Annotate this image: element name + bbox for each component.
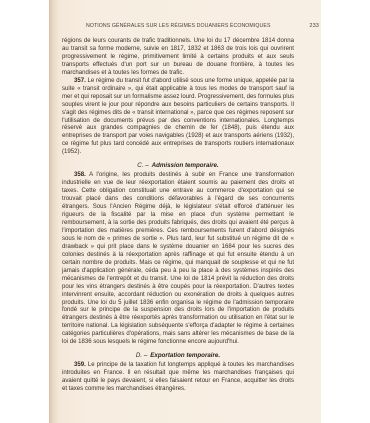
paragraph-357: 357. Le régime du transit fut d'abord ut… xyxy=(62,78,294,158)
page-number: 233 xyxy=(309,23,319,29)
paragraph-text: régions de leurs courants de trafic trad… xyxy=(62,38,294,76)
paragraph-number: 359. xyxy=(74,362,86,368)
paragraph-continuation: régions de leurs courants de trafic trad… xyxy=(62,38,294,78)
section-heading-c: C. –Admission temporaire. xyxy=(62,162,294,170)
running-title: NOTIONS GÉNÉRALES SUR LES RÉGIMES DOUANI… xyxy=(86,23,271,29)
section-title: Exportation temporaire. xyxy=(150,352,220,359)
paragraph-number: 357. xyxy=(74,78,86,84)
section-letter: C. – xyxy=(137,162,148,169)
section-letter: D. – xyxy=(136,352,147,359)
section-title: Admission temporaire. xyxy=(152,162,219,169)
paragraph-text: Le régime du transit fut d'abord utilisé… xyxy=(62,78,294,156)
paragraph-text: Le principe de la taxation fut longtemps… xyxy=(62,362,294,392)
book-page: NOTIONS GÉNÉRALES SUR LES RÉGIMES DOUANI… xyxy=(49,0,321,423)
paragraph-text: A l'origine, les produits destinés à sub… xyxy=(62,172,294,345)
page-body: régions de leurs courants de trafic trad… xyxy=(62,38,294,394)
section-heading-d: D. –Exportation temporaire. xyxy=(62,352,294,360)
paragraph-358: 358. A l'origine, les produits destinés … xyxy=(62,172,294,347)
paragraph-number: 358. xyxy=(74,172,86,178)
paragraph-359: 359. Le principe de la taxation fut long… xyxy=(62,362,294,394)
